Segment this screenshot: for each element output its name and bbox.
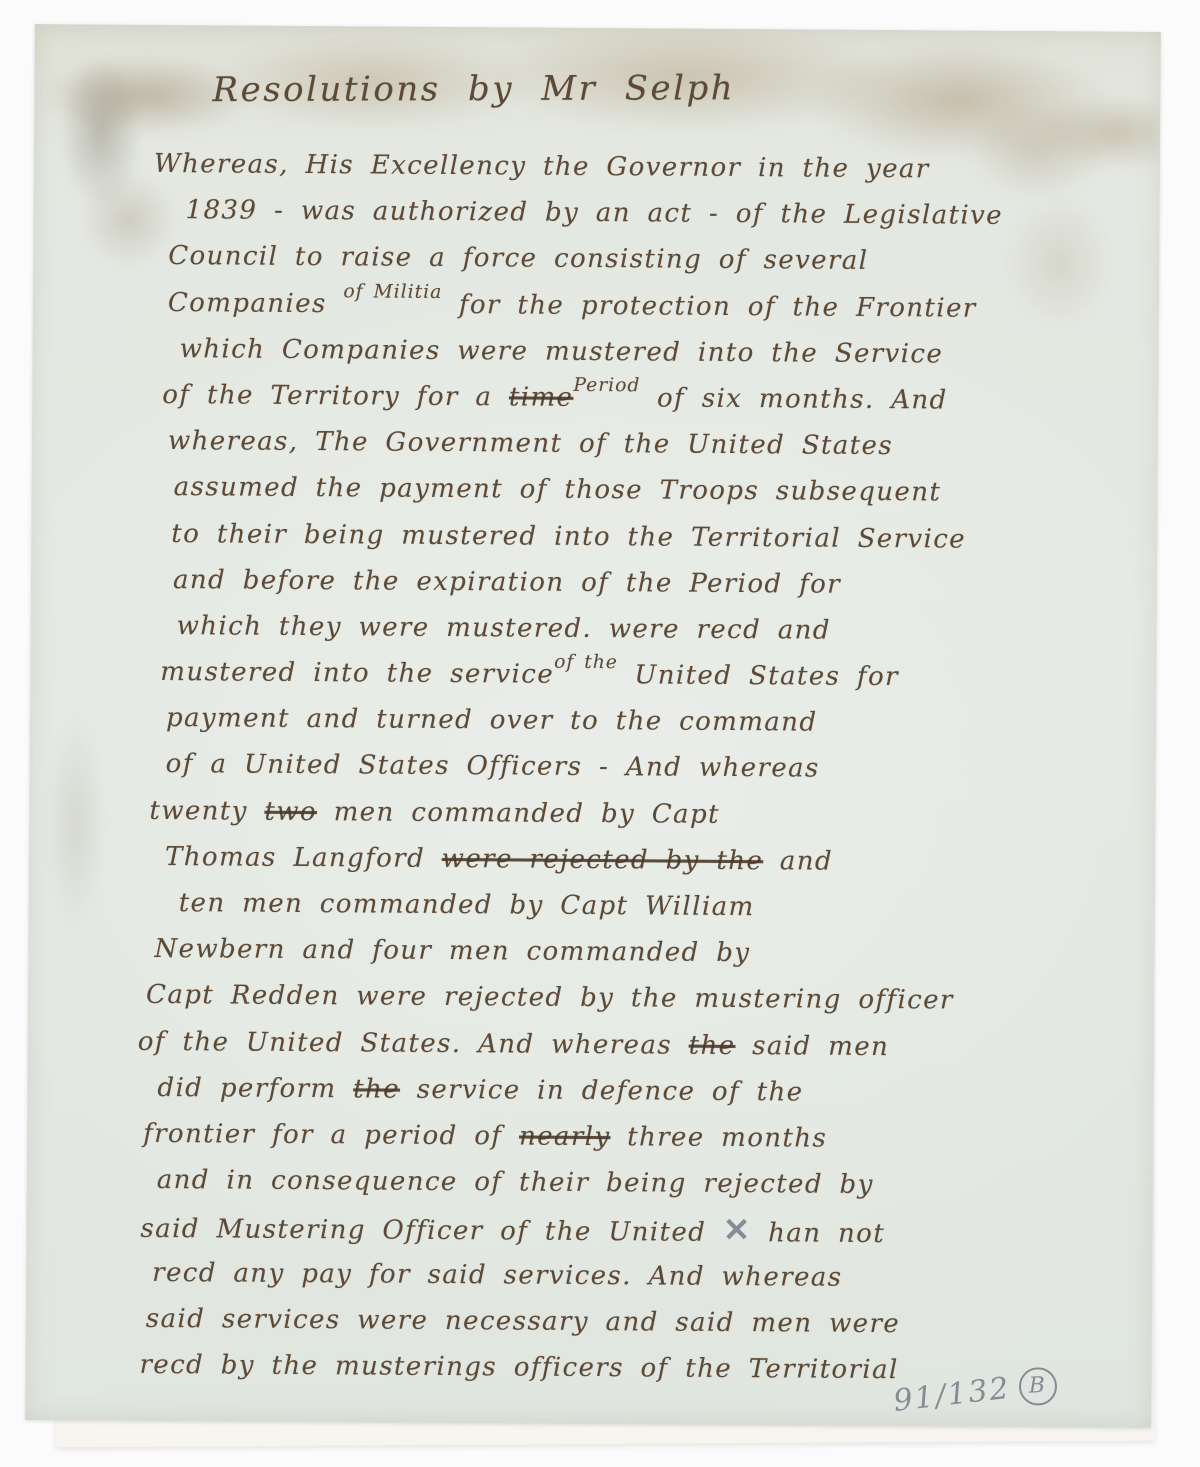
manuscript-line: to their being mustered into the Territo…	[31, 510, 1157, 564]
handwritten-text: ten men commanded by Capt William	[179, 888, 755, 922]
handwritten-text: men commanded by Capt	[317, 797, 720, 830]
scan-stage: Resolutions by Mr Selph Whereas, His Exc…	[0, 0, 1200, 1467]
manuscript-line: Thomas Langford were rejected by the and	[29, 833, 1155, 887]
pencil-x-mark: ✕	[723, 1210, 752, 1249]
manuscript-line: Companies of Militia for the protection …	[33, 279, 1159, 333]
handwritten-text: and	[763, 846, 833, 876]
manuscript-line: Council to raise a force consisting of s…	[33, 232, 1159, 286]
deleted-text: time	[509, 382, 574, 412]
manuscript-line: frontier for a period of nearly three mo…	[27, 1110, 1153, 1164]
manuscript-line: Capt Redden were rejected by the musteri…	[28, 971, 1154, 1025]
handwritten-text: recd any pay for said services. And wher…	[152, 1257, 842, 1292]
manuscript-line: did perform the service in defence of th…	[27, 1064, 1153, 1118]
deleted-text: the	[689, 1030, 736, 1060]
handwritten-text: which they were mustered. were recd and	[177, 611, 831, 646]
manuscript-line: of the United States. And whereas the sa…	[28, 1018, 1154, 1072]
handwritten-text: said Mustering Officer of the United	[140, 1214, 723, 1248]
handwritten-text: payment and turned over to the command	[166, 703, 818, 738]
inserted-text: Period	[573, 363, 640, 410]
handwritten-text: United States for	[618, 660, 899, 692]
manuscript-line: payment and turned over to the command	[30, 694, 1156, 748]
manuscript-line: of a United States Officers - And wherea…	[30, 741, 1156, 795]
handwritten-text: for the protection of the Frontier	[442, 289, 977, 323]
handwritten-text: assumed the payment of those Troops subs…	[174, 472, 942, 507]
handwritten-text: service in defence of the	[400, 1074, 804, 1107]
manuscript-line: whereas, The Government of the United St…	[32, 417, 1158, 471]
deleted-text: nearly	[519, 1121, 611, 1152]
archival-letter-circled: B	[1018, 1367, 1057, 1406]
deleted-text: the	[353, 1074, 400, 1104]
handwritten-text: said services were necessary and said me…	[146, 1304, 900, 1339]
deleted-text: two	[264, 796, 317, 826]
handwritten-text: of the United States. And whereas	[138, 1026, 689, 1060]
handwritten-text: of six months. And	[640, 383, 947, 415]
manuscript-body: Whereas, His Excellency the Governor in …	[25, 140, 1160, 1395]
handwritten-text: and in consequence of their being reject…	[157, 1165, 874, 1200]
handwritten-text: said men	[735, 1031, 889, 1062]
handwritten-text: 1839 - was authorized by an act - of the…	[185, 195, 1003, 231]
handwritten-text: Thomas Langford	[165, 842, 442, 874]
handwritten-text: Council to raise a force consisting of s…	[168, 241, 868, 276]
deleted-text: were rejected by the	[442, 844, 764, 876]
handwritten-text: which Companies were mustered into the S…	[180, 334, 944, 369]
handwritten-text: han not	[751, 1218, 885, 1249]
handwritten-text: and before the expiration of the Period …	[173, 565, 841, 600]
manuscript-line: 1839 - was authorized by an act - of the…	[33, 186, 1159, 240]
handwritten-text: Newbern and four men commanded by	[154, 934, 750, 968]
manuscript-line: of the Territory for a timePeriod of six…	[32, 371, 1158, 425]
document-heading: Resolutions by Mr Selph	[212, 68, 735, 110]
inserted-text: of the	[554, 640, 618, 687]
manuscript-line: mustered into the serviceof the United S…	[30, 648, 1156, 702]
handwritten-text: of a United States Officers - And wherea…	[166, 749, 820, 784]
manuscript-line: assumed the payment of those Troops subs…	[31, 463, 1157, 517]
handwritten-text: of the Territory for a	[162, 380, 509, 412]
manuscript-page: Resolutions by Mr Selph Whereas, His Exc…	[25, 24, 1161, 1428]
inserted-text: of Militia	[343, 269, 442, 316]
manuscript-line: said services were necessary and said me…	[26, 1295, 1152, 1349]
handwritten-text: mustered into the service	[160, 657, 554, 690]
manuscript-line: and in consequence of their being reject…	[27, 1156, 1153, 1210]
handwritten-text: Whereas, His Excellency the Governor in …	[154, 149, 930, 184]
handwritten-text: Companies	[168, 288, 344, 319]
handwritten-text: whereas, The Government of the United St…	[168, 426, 893, 461]
handwritten-text: did perform	[157, 1073, 353, 1104]
handwritten-text: Capt Redden were rejected by the musteri…	[146, 980, 954, 1016]
handwritten-text: three months	[610, 1122, 827, 1154]
handwritten-text: frontier for a period of	[143, 1119, 519, 1152]
handwritten-text: twenty	[149, 796, 264, 827]
manuscript-line: twenty two men commanded by Capt	[29, 787, 1155, 841]
manuscript-line: Whereas, His Excellency the Governor in …	[34, 140, 1160, 194]
manuscript-line: ten men commanded by Capt William	[29, 879, 1155, 933]
handwritten-text: recd by the musterings officers of the T…	[139, 1350, 898, 1385]
manuscript-line: Newbern and four men commanded by	[28, 925, 1154, 979]
manuscript-line: recd any pay for said services. And wher…	[26, 1249, 1152, 1303]
handwritten-text: to their being mustered into the Territo…	[171, 519, 966, 555]
manuscript-line: and before the expiration of the Period …	[31, 556, 1157, 610]
manuscript-line: said Mustering Officer of the United ✕ h…	[26, 1202, 1152, 1256]
